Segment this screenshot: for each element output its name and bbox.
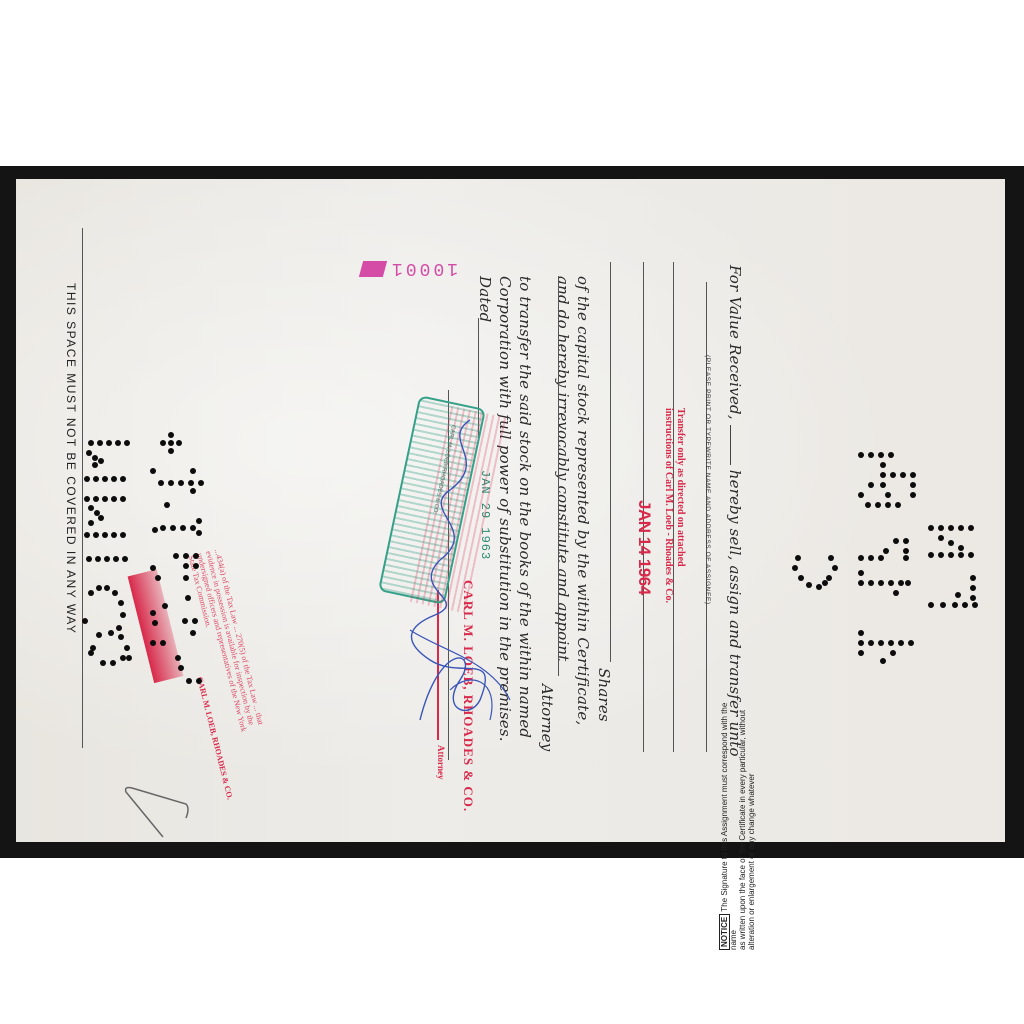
perforation-dot [160,640,166,646]
perforation-dot [948,552,954,558]
perforation-dot [88,650,94,656]
perforation-dot [858,492,864,498]
perforation-dot [196,678,202,684]
perforation-dot [858,580,864,586]
perforation-dot [170,525,176,531]
perforation-dot [92,462,98,468]
notice-text-3: alteration or enlargement or any change … [747,690,756,950]
perforation-dot [82,618,88,624]
perforation-dot [898,640,904,646]
perforation-dot [880,472,886,478]
perforation-dot [905,580,911,586]
perforation-dot [193,563,199,569]
perforation-dot [96,632,102,638]
attorney-line [558,276,559,676]
perforation-dot [183,563,189,569]
perforation-dot [183,553,189,559]
perforation-dot [928,552,934,558]
perforation-dot [124,440,130,446]
assignment-line-capital-stock: of the capital stock represented by the … [574,276,592,725]
pencil-mark [118,772,198,842]
perforation-dot [968,552,974,558]
perforation-dot [93,496,99,502]
perforation-dot [868,555,874,561]
perforation-dot [938,552,944,558]
perforation-dot [880,482,886,488]
perforation-dot [880,658,886,664]
perforation-dot [182,618,188,624]
left-margin-rule [82,228,83,748]
perforation-dot [928,525,934,531]
assignee-caption: (PLEASE PRINT OR TYPEWRITE NAME AND ADDR… [704,355,711,605]
perforation-dot [152,527,158,533]
perforation-dot [868,580,874,586]
perforation-dot [111,496,117,502]
perforation-dot [868,482,874,488]
perforation-dot [903,548,909,554]
perforation-dot [118,634,124,640]
perforation-dot [84,476,90,482]
perforation-dot [958,552,964,558]
margin-notice: THIS SPACE MUST NOT BE COVERED IN ANY WA… [64,283,78,634]
perforation-dot [948,525,954,531]
serial-number: 10001 [312,258,458,278]
perforation-dot [95,556,101,562]
perforation-dot [100,660,106,666]
perforation-dot [885,502,891,508]
perforation-dot [192,618,198,624]
perforation-dot [190,525,196,531]
perforation-dot [858,630,864,636]
perforation-dot [102,476,108,482]
perforation-dot [122,556,128,562]
perforation-dot [958,545,964,551]
perforation-dot [98,458,104,464]
perforation-dot [890,472,896,478]
perforation-dot [883,548,889,554]
shares-label: Shares [595,668,613,722]
perforation-dot [150,640,156,646]
perforation-dot [104,556,110,562]
perforation-dot [111,476,117,482]
perforation-dot [938,535,944,541]
perforation-dot [865,502,871,508]
perforation-dot [196,530,202,536]
perforation-dot [112,590,118,596]
shares-line [610,262,611,662]
attorney-label: Attorney [538,684,556,751]
perforation-dot [903,538,909,544]
perforation-dot [972,602,978,608]
perforation-dot [96,585,102,591]
perforation-dot [168,440,174,446]
date-stamp-jan-14-1964: JAN 14 1964 [634,500,654,595]
perforation-dot [152,620,158,626]
perforation-dot [828,555,834,561]
perforation-dot [98,515,104,521]
perforation-dot [858,555,864,561]
perforation-dot [106,440,112,446]
perforation-dot [832,565,838,571]
perforation-dot [168,448,174,454]
attorney-stamp: Attorney [436,745,446,780]
perforation-dot [118,600,124,606]
perforation-dot [888,580,894,586]
perforation-dot [898,580,904,586]
perforation-dot [124,645,130,651]
perforation-dot [970,595,976,601]
perforation-dot [970,575,976,581]
perforation-dot [910,492,916,498]
perforation-dot [858,570,864,576]
perforation-dot [93,532,99,538]
perforation-dot [893,538,899,544]
perforation-dot [158,480,164,486]
perforation-dot [868,640,874,646]
perforation-dot [188,480,194,486]
perforation-dot [175,655,181,661]
perforation-dot [84,532,90,538]
perforation-dot [190,630,196,636]
perforation-dot [160,440,166,446]
perforation-dot [86,556,92,562]
perforation-dot [885,492,891,498]
signature-scribble [380,400,520,730]
perforation-dot [120,655,126,661]
perforation-dot [878,640,884,646]
perforation-dot [858,650,864,656]
perforation-dot [113,556,119,562]
perforation-dot [120,476,126,482]
perforation-dot [938,525,944,531]
perforation-dot [888,452,894,458]
perforation-dot [816,584,822,590]
perforation-dot [962,602,968,608]
perforation-dot [97,440,103,446]
perforation-dot [176,440,182,446]
perforation-dot [88,520,94,526]
perforation-dot [178,665,184,671]
perforation-dot [183,575,189,581]
perforation-dot [968,525,974,531]
assignment-line-appoint: and do hereby irrevocably constitute and… [554,276,572,662]
perforation-dot [186,678,192,684]
perforation-dot [115,440,121,446]
perforation-dot [196,518,202,524]
perforation-dot [164,502,170,508]
perforation-dot [190,488,196,494]
dated-label: Dated [476,276,494,322]
perforation-dot [108,630,114,636]
perforation-dot [888,640,894,646]
perforation-dot [970,585,976,591]
perforation-dot [890,650,896,656]
perforation-dot [880,462,886,468]
perforation-dot [190,468,196,474]
perforation-dot [150,610,156,616]
perforation-dot [110,660,116,666]
perforation-dot [822,580,828,586]
perforation-dot [104,585,110,591]
perforation-dot [84,496,90,502]
perforation-dot [940,602,946,608]
perforation-dot [910,472,916,478]
perforation-dot [806,582,812,588]
perforation-dot [903,555,909,561]
notice-text-1: The Signature to this Assignment must co… [720,703,738,950]
perforation-dot [168,432,174,438]
perforation-dot [798,575,804,581]
perforation-dot [111,532,117,538]
perforation-dot [120,532,126,538]
perforation-dot [160,525,166,531]
perforation-dot [102,532,108,538]
perforation-dot [86,450,92,456]
perforation-dot [126,655,132,661]
perforation-dot [795,555,801,561]
perforation-dot [895,502,901,508]
perforation-dot [878,452,884,458]
perforation-dot [875,502,881,508]
perforation-dot [88,505,94,511]
perforation-dot [173,553,179,559]
perforation-dot [878,580,884,586]
perforation-dot [198,480,204,486]
perforation-dot [102,496,108,502]
perforation-dot [93,476,99,482]
perforation-dot [792,565,798,571]
perforation-dot [88,440,94,446]
perforation-dot [162,603,168,609]
perforation-dot [178,480,184,486]
perforation-dot [893,590,899,596]
notice-text-2: as written upon the face of the Certific… [738,690,747,950]
perforation-dot [168,480,174,486]
perforation-dot [120,496,126,502]
perforation-dot [878,555,884,561]
perforation-dot [116,625,122,631]
assignment-line-value-received: For Value Received, hereby sell, assign … [726,265,744,757]
perforation-dot [910,482,916,488]
perforation-dot [858,452,864,458]
perforation-dot [180,525,186,531]
perforation-dot [185,595,191,601]
perforation-dot [88,590,94,596]
perforation-dot [955,592,961,598]
transfer-instruction-stamp: Transfer only as directed on attached in… [662,408,686,603]
perforation-dot [908,640,914,646]
perforation-dot [952,602,958,608]
perforation-dot [868,452,874,458]
perforation-dot [150,565,156,571]
perforation-dot [948,540,954,546]
perforation-dot [120,612,126,618]
perforation-dot [928,602,934,608]
perforation-dot [900,472,906,478]
notice-block: NOTICE The Signature to this Assignment … [720,690,756,950]
perforation-dot [858,640,864,646]
perforation-dot [958,525,964,531]
perforation-dot [150,468,156,474]
perforation-dot [193,553,199,559]
perforation-dot [155,575,161,581]
